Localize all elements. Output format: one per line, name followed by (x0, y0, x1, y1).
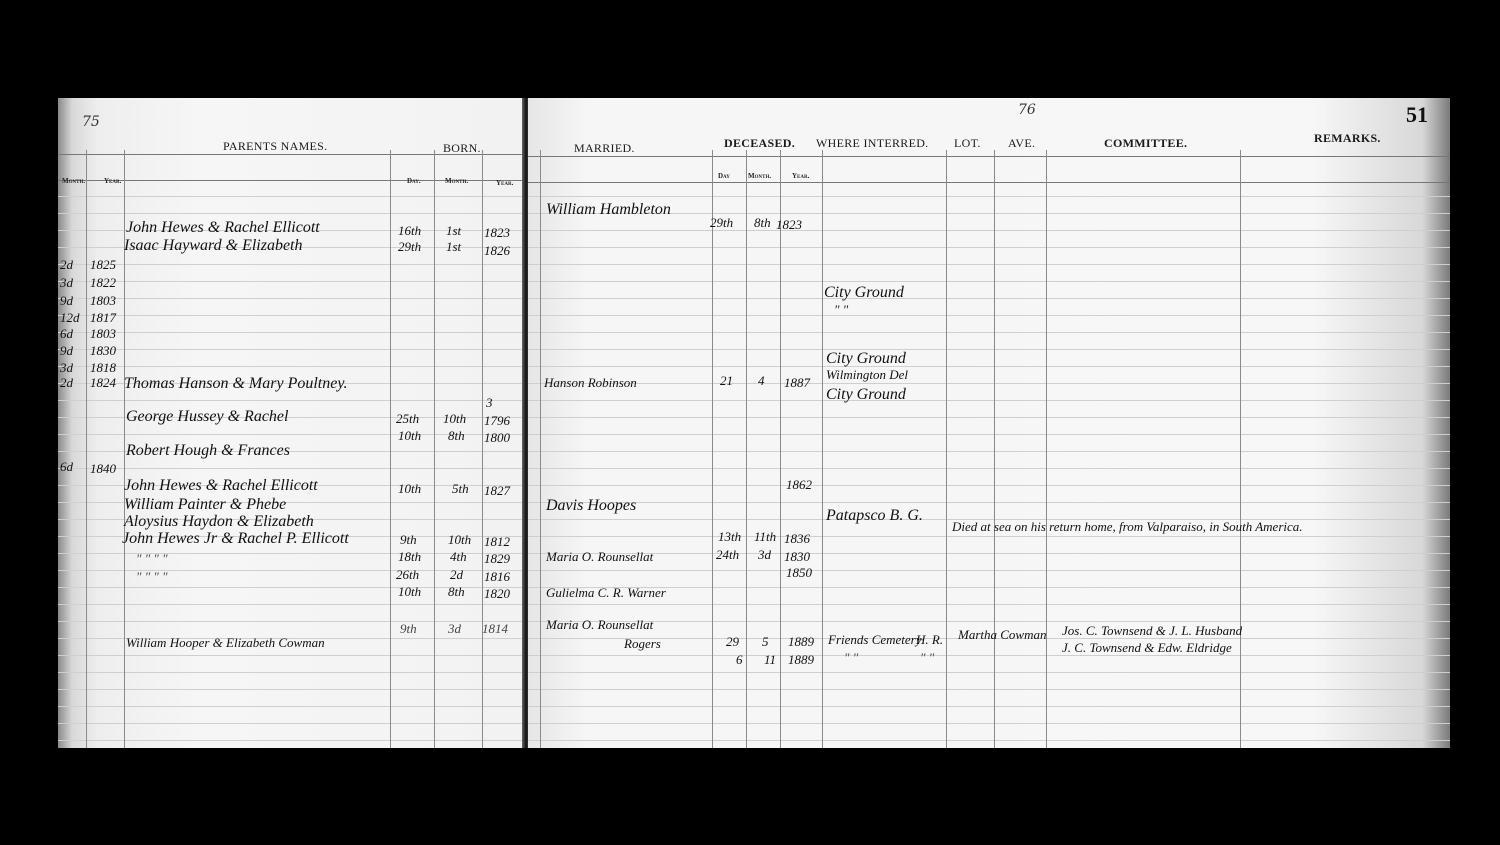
deceased-year: 1862 (786, 478, 812, 491)
col-divider (712, 150, 713, 748)
col-divider (822, 150, 823, 748)
left-page: 75 PARENTS NAMES. BORN. Month. Year. Day… (58, 98, 524, 748)
side-month: 2d (60, 258, 73, 271)
deceased-year: 1889 (788, 635, 814, 648)
side-month: 6d (60, 327, 73, 340)
born-day: 9th (400, 622, 417, 635)
born-month: 10th (443, 412, 466, 425)
born-year: 1814 (482, 622, 508, 635)
handwritten-number: 76 (1018, 102, 1036, 118)
deceased-year: 1889 (788, 653, 814, 666)
lot-value: H. R. (916, 633, 943, 646)
born-month: 5th (452, 482, 469, 495)
married-name: William Hambleton (546, 202, 671, 218)
born-year: 1820 (484, 587, 510, 600)
born-year: 1816 (484, 570, 510, 583)
deceased-day: 13th (718, 530, 741, 543)
side-month: 6d (60, 460, 73, 473)
interred-place: City Ground (824, 285, 904, 301)
ruled-lines (528, 180, 1450, 748)
side-year: 1840 (90, 462, 116, 475)
page-number-right: 51 (1406, 102, 1428, 128)
interred-place: Wilmington Del (826, 368, 908, 381)
deceased-year: 1850 (786, 566, 812, 579)
parents-name: William Hooper & Elizabeth Cowman (126, 636, 325, 649)
born-month: 1st (446, 240, 461, 253)
col-divider (434, 150, 435, 748)
born-month: 8th (448, 429, 465, 442)
ruled-lines (58, 180, 524, 748)
interred-place: City Ground (826, 351, 906, 367)
born-year: 1827 (484, 484, 510, 497)
interred-place: Patapsco B. G. (826, 508, 923, 524)
parents-name: Thomas Hanson & Mary Poultney. (124, 376, 348, 392)
header-lot: LOT. (954, 136, 981, 151)
born-day: 10th (398, 482, 421, 495)
header-born: BORN. (443, 141, 481, 156)
married-name: Hanson Robinson (544, 376, 637, 389)
side-year: 1830 (90, 344, 116, 357)
deceased-day: 29th (710, 216, 733, 229)
header-married: MARRIED. (574, 141, 635, 156)
born-day: 9th (400, 533, 417, 546)
deceased-month: 3d (758, 548, 771, 561)
col-divider (1046, 150, 1047, 748)
committee-name: Martha Cowman (958, 628, 1046, 641)
col-divider (86, 150, 87, 748)
born-month: 4th (450, 550, 467, 563)
deceased-month: 8th (754, 216, 771, 229)
subheader-year: Year. (104, 177, 121, 185)
deceased-day: 6 (736, 653, 743, 666)
interred-place: City Ground (826, 387, 906, 403)
page-number-left: 75 (82, 114, 100, 130)
right-page: 76 51 MARRIED. DECEASED. WHERE INTERRED.… (528, 98, 1450, 748)
remarks-text: Died at sea on his return home, from Val… (952, 520, 1303, 533)
married-name: Maria O. Rounsellat (546, 550, 653, 563)
deceased-month: 5 (762, 635, 769, 648)
deceased-day: 24th (716, 548, 739, 561)
born-month: 10th (448, 533, 471, 546)
subheader-month: Month. (62, 177, 85, 185)
header-deceased: DECEASED. (724, 136, 795, 151)
deceased-year: 1823 (776, 218, 802, 231)
interred-ditto: " " (844, 651, 858, 664)
parents-name: John Hewes & Rachel Ellicott (124, 478, 318, 494)
born-year: 1826 (484, 244, 510, 257)
born-year: 1796 (484, 414, 510, 427)
header-parents-names: PARENTS NAMES. (223, 139, 327, 154)
deceased-year: 1836 (784, 532, 810, 545)
born-month: 2d (450, 568, 463, 581)
side-year: 1803 (90, 327, 116, 340)
col-divider (1240, 150, 1241, 748)
side-year: 1818 (90, 361, 116, 374)
col-divider (482, 150, 483, 748)
deceased-month: 11 (764, 653, 776, 666)
born-day: 18th (398, 550, 421, 563)
born-year-note: 3 (486, 396, 493, 409)
born-year: 1823 (484, 226, 510, 239)
born-day: 10th (398, 585, 421, 598)
deceased-month: 4 (758, 374, 765, 387)
subheader-born-month: Month. (445, 177, 468, 185)
born-month: 3d (448, 622, 461, 635)
married-name: Davis Hoopes (546, 498, 636, 514)
deceased-day: 21 (720, 374, 733, 387)
born-year: 1812 (484, 535, 510, 548)
col-divider (540, 150, 541, 748)
side-year: 1822 (90, 276, 116, 289)
ditto-marks: " " " " (136, 552, 168, 565)
born-day: 10th (398, 429, 421, 442)
born-month: 1st (446, 224, 461, 237)
parents-name: Robert Hough & Frances (126, 443, 290, 459)
married-name: Maria O. Rounsellat (546, 618, 653, 631)
parents-name: John Hewes & Rachel Ellicott (126, 220, 320, 236)
deceased-year: 1887 (784, 376, 810, 389)
parents-name: John Hewes Jr & Rachel P. Ellicott (122, 531, 349, 547)
header-remarks: REMARKS. (1314, 131, 1381, 146)
committee-name-2: Jos. C. Townsend & J. L. Husband (1062, 624, 1242, 637)
parents-name: George Hussey & Rachel (126, 409, 288, 425)
born-month: 8th (448, 585, 465, 598)
col-divider (390, 150, 391, 748)
deceased-day: 29 (726, 635, 739, 648)
side-month: 3d (60, 276, 73, 289)
side-month: 9d (60, 344, 73, 357)
deceased-year: 1830 (784, 550, 810, 563)
col-divider (946, 150, 947, 748)
side-year: 1825 (90, 258, 116, 271)
side-year: 1817 (90, 311, 116, 324)
ditto-marks: " " " " (136, 570, 168, 583)
born-day: 29th (398, 240, 421, 253)
born-day: 25th (396, 412, 419, 425)
header-rule-bottom (528, 182, 1450, 183)
subheader-born-year: Year. (496, 179, 513, 187)
subheader-day: Day (718, 172, 730, 180)
born-day: 16th (398, 224, 421, 237)
parents-name: Isaac Hayward & Elizabeth (124, 238, 303, 254)
side-month: 12d (60, 311, 80, 324)
born-day: 26th (396, 568, 419, 581)
header-committee: COMMITTEE. (1104, 136, 1187, 151)
side-year: 1803 (90, 294, 116, 307)
subheader-day: Day. (407, 177, 421, 185)
ledger-book: 75 PARENTS NAMES. BORN. Month. Year. Day… (58, 98, 1450, 750)
col-divider (746, 150, 747, 748)
side-month: 2d (60, 376, 73, 389)
subheader-month: Month. (748, 172, 771, 180)
subheader-year: Year. (792, 172, 809, 180)
side-month: 9d (60, 294, 73, 307)
married-name: Gulielma C. R. Warner (546, 586, 666, 599)
parents-name: William Painter & Phebe (124, 497, 286, 513)
deceased-month: 11th (754, 530, 776, 543)
interred-ditto: " " (834, 303, 848, 316)
col-divider (994, 150, 995, 748)
side-month: 3d (60, 361, 73, 374)
header-ave: AVE. (1008, 136, 1035, 151)
interred-place: Friends Cemetery (828, 633, 922, 646)
col-divider (780, 150, 781, 748)
married-name-2: Rogers (624, 637, 661, 650)
side-year: 1824 (90, 376, 116, 389)
born-year: 1800 (484, 431, 510, 444)
parents-name: Aloysius Haydon & Elizabeth (124, 514, 314, 530)
lot-ditto: " " (920, 651, 934, 664)
header-where-interred: WHERE INTERRED. (816, 136, 928, 151)
committee-name-3: J. C. Townsend & Edw. Eldridge (1062, 641, 1232, 654)
header-rule-top (528, 156, 1450, 157)
born-year: 1829 (484, 552, 510, 565)
